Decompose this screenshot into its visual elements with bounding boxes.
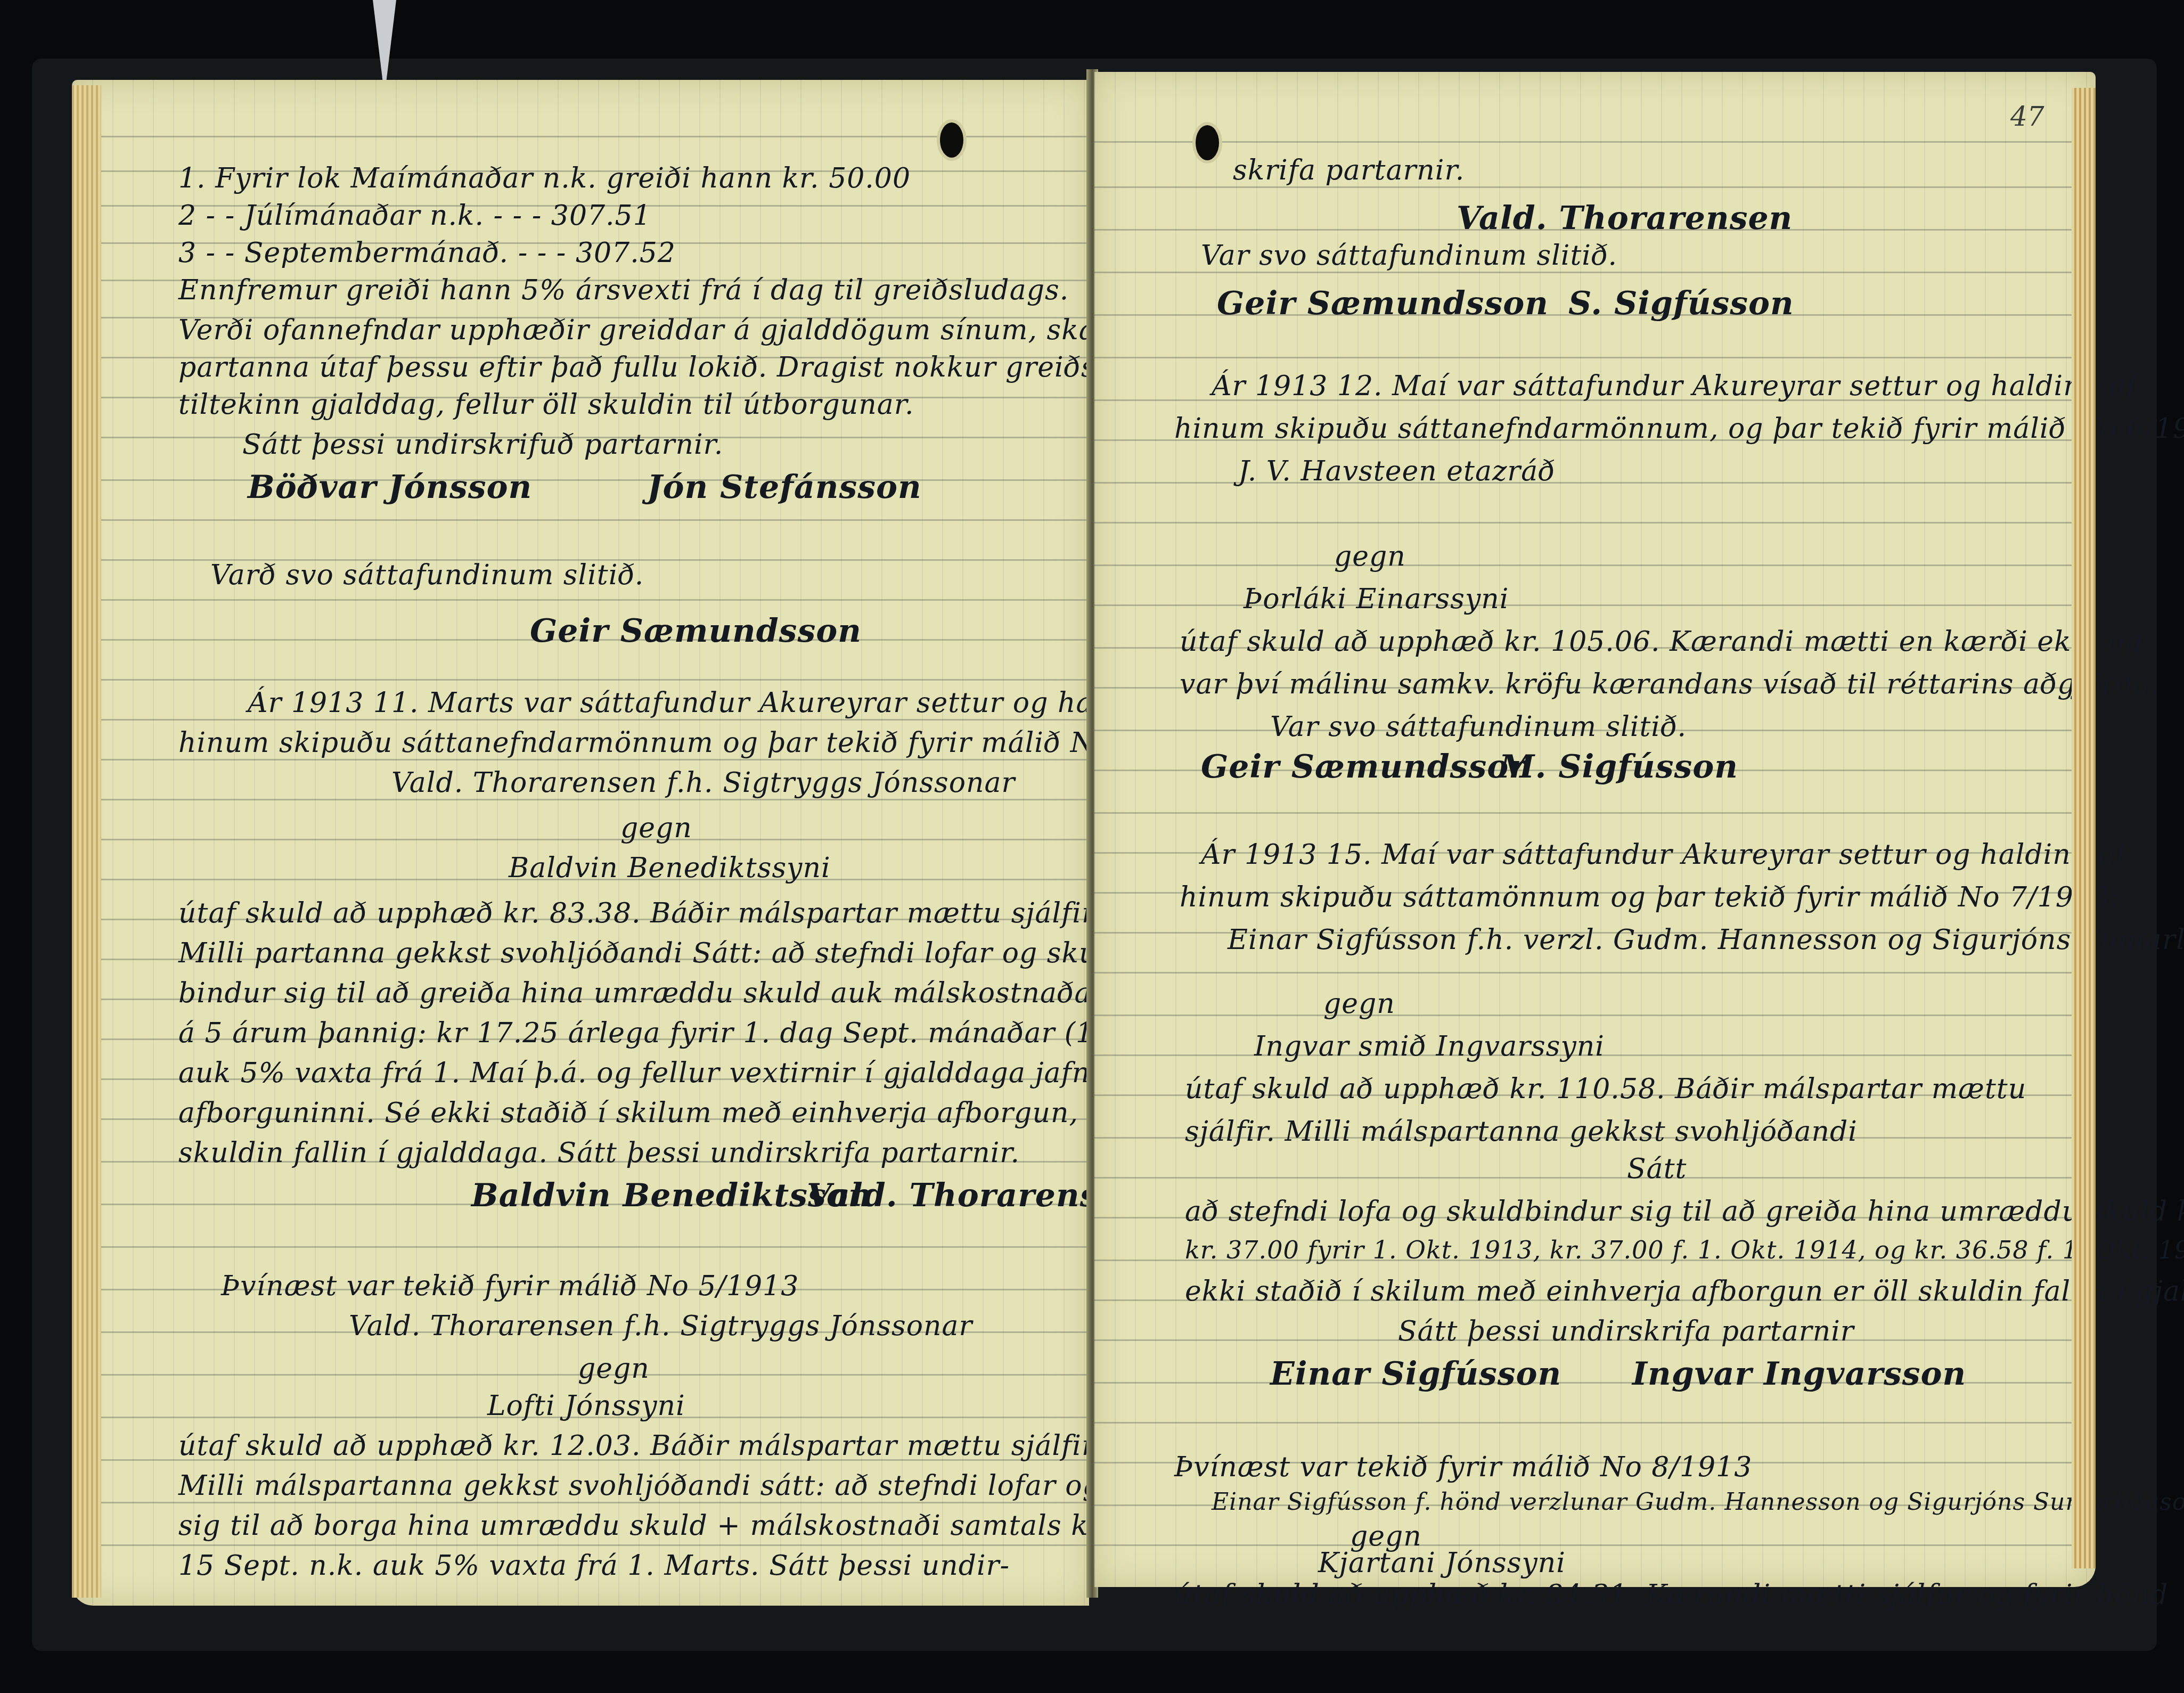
signature: Vald. Thorarensen [1457,200,1793,237]
signature: S. Sigfússon [1568,285,1794,322]
ledger-line: 15 Sept. n.k. auk 5% vaxta frá 1. Marts.… [178,1550,1010,1582]
page-edges-left [72,85,101,1598]
ledger-line: útaf skuld að upphæð kr. 110.58. Báðir m… [1185,1073,2026,1105]
ledger-line: Var svo sáttafundinum slitið. [1270,711,1687,743]
defendant: Kjartani Jónssyni [1318,1547,1566,1579]
ledger-line: afborguninni. Sé ekki staðið í skilum me… [178,1097,1164,1129]
versus-label: gegn [620,812,692,844]
signature: Geir Sæmundsson [530,612,862,650]
page-edges-right [2072,88,2096,1568]
defendant: Þorláki Einarssyni [1244,583,1509,615]
signature: Ingvar Ingvarsson [1632,1355,1966,1393]
defendant: Ingvar smið Ingvarssyni [1254,1030,1605,1062]
case-header: Ár 1913 11. Marts var sáttafundur Akurey… [248,687,1204,719]
plaintiff: Einar Sigfússon f. hönd verzlunar Gudm. … [1212,1488,2184,1516]
case-header: Ár 1913 12. Maí var sáttafundur Akureyra… [1212,370,2137,402]
ledger-line: útaf skuld að upphæð kr. 84.31. Kærandi … [1174,1579,2168,1611]
signature: M. Sigfússon [1499,748,1738,786]
page-number: 47 [2010,101,2044,132]
ledger-line: að stefndi lofa og skuldbindur sig til a… [1185,1196,2184,1228]
ledger-line: hinum skipuðu sáttanefndarmönnum og þar … [178,727,1222,759]
ledger-line: á 5 árum þannig: kr 17.25 árlega fyrir 1… [178,1017,1210,1049]
ledger-line: Ennfremur greiði hann 5% ársvexti frá í … [178,274,1069,306]
punch-hole [1196,125,1219,160]
versus-label: gegn [1323,988,1395,1020]
signature: Einar Sigfússon [1270,1355,1561,1393]
plaintiff: Vald. Thorarensen f.h. Sigtryggs Jónsson… [391,767,1015,799]
ledger-line: tiltekinn gjalddag, fellur öll skuldin t… [178,389,914,421]
ledger-line: 3 - - Septembermánað. - - - 307.52 [178,237,676,269]
ledger-line: útaf skuld að upphæð kr. 105.06. Kærandi… [1180,626,2143,658]
signature: Geir Sæmundsson [1217,285,1549,322]
case-header: Ár 1913 15. Maí var sáttafundur Akureyra… [1201,839,2126,871]
case-header: Þvínæst var tekið fyrir málið No 5/1913 [221,1270,799,1302]
punch-hole [940,122,963,158]
ledger-line: Milli partanna gekkst svohljóðandi Sátt:… [178,937,1135,969]
ledger-line: skrifa partarnir. [1233,154,1465,186]
ledger-line: hinum skipuðu sáttanefndarmönnum, og þar… [1174,413,2184,445]
plaintiff: Einar Sigfússon f.h. verzl. Gudm. Hannes… [1228,924,2184,956]
ledger-line: 2 - - Júlímánaðar n.k. - - - 307.51 [178,200,651,232]
ledger-line: Sátt þessi undirskrifuð partarnir. [242,429,723,461]
ledger-line: kr. 37.00 fyrir 1. Okt. 1913, kr. 37.00 … [1185,1236,2184,1264]
versus-label: gegn [1334,541,1406,572]
plaintiff: J. V. Havsteen etazráð [1238,455,1556,487]
ledger-line: Var svo sáttafundinum slitið. [1201,240,1617,272]
ledger-line: sjálfir. Milli málspartanna gekkst svohl… [1185,1116,1858,1148]
plaintiff: Vald. Thorarensen f.h. Sigtryggs Jónsson… [349,1310,972,1342]
ledger-line: auk 5% vaxta frá 1. Maí þ.á. og fellur v… [178,1057,1171,1089]
ledger-line: útaf skuld að upphæð kr. 12.03. Báðir má… [178,1430,1102,1462]
defendant: Baldvin Benediktssyni [509,852,831,884]
ledger-line: Varð svo sáttafundinum slitið. [210,559,644,591]
versus-label: gegn [578,1353,650,1385]
signature: Böðvar Jónsson [248,469,532,506]
ledger-line: útaf skuld að upphæð kr. 83.38. Báðir má… [178,897,1102,929]
defendant: Lofti Jónssyni [487,1390,685,1422]
ledger-line: ekki staðið í skilum með einhverja afbor… [1185,1275,2184,1307]
case-header: Þvínæst var tekið fyrir málið No 8/1913 [1174,1451,1752,1483]
ledger-line: hinum skipuðu sáttamönnum og þar tekið f… [1180,881,2120,913]
left-page: 1. Fyrir lok Maímánaðar n.k. greiði hann… [72,80,1089,1606]
ledger-line: var því málinu samkv. kröfu kærandans ví… [1180,668,2160,700]
ledger-line: Sátt þessi undirskrifa partarnir [1398,1315,1854,1347]
ledger-line: 1. Fyrir lok Maímánaðar n.k. greiði hann… [178,162,911,194]
signature: Jón Stefánsson [647,469,922,506]
right-page: 47 skrifa partarnir. Vald. Thorarensen V… [1094,72,2096,1587]
settlement-heading: Sátt [1627,1153,1687,1185]
ledger-line: skuldin fallin í gjalddaga. Sátt þessi u… [178,1137,1020,1169]
signature: Geir Sæmundsson [1201,748,1533,786]
